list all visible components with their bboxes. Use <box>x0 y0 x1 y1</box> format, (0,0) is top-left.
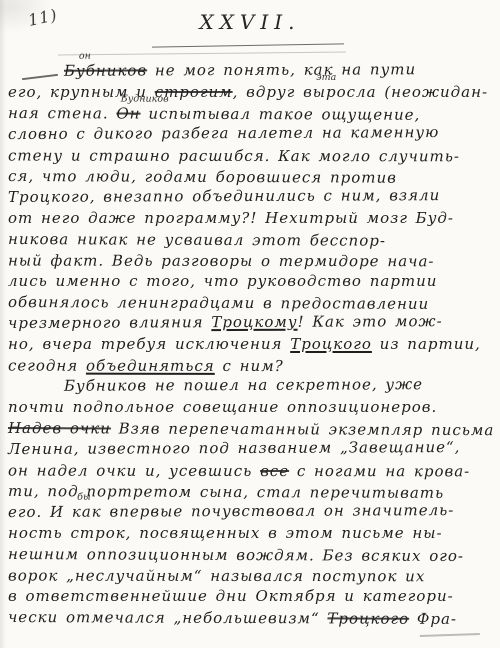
manuscript-line: Троцкого, внезапно объединились с ним, в… <box>8 185 496 208</box>
struck-text: все <box>260 462 289 480</box>
handwritten-text: обвинялось ленинградцами в предоставлени… <box>8 293 429 313</box>
handwritten-text: стену и страшно расшибся. Как могло случ… <box>8 147 460 166</box>
struck-text: ОнБудников <box>116 104 140 122</box>
manuscript-line: его, крупным и строгим, вдруг вырослаэта… <box>8 82 496 103</box>
handwritten-text: с ногами на крова- <box>289 462 470 480</box>
manuscript-line: никова никак не усваивал этот бесспор- <box>8 229 496 252</box>
manuscript-line: в ответственнейшие дни Октября и категор… <box>8 586 496 607</box>
scan-edge-shadow <box>0 0 6 648</box>
handwritten-text: словно с дикого разбега налетел на камен… <box>8 123 439 143</box>
handwritten-text: , вдруг <box>233 83 303 101</box>
manuscript-line: Ленина, известного под названием „Завеща… <box>8 437 496 460</box>
inserted-word: он <box>79 52 91 62</box>
manuscript-line: его. И какбы впервые почувствовал он зна… <box>8 500 496 523</box>
inserted-word: бы <box>77 493 91 503</box>
handwritten-text: вырослаэта <box>303 83 376 101</box>
inserted-word: эта <box>316 73 336 83</box>
handwritten-text: Бубников не пошел на секретное, уже <box>64 375 423 395</box>
manuscript-page: 11) XXVII. Бубниковон не мог понять, как… <box>0 0 500 648</box>
handwritten-text: не мог понять, как на пути <box>147 60 416 79</box>
handwritten-text: какбы <box>72 503 102 521</box>
manuscript-line: словно с дикого разбега налетел на камен… <box>8 122 496 145</box>
handwritten-text: чрезмерного влияния <box>8 313 211 332</box>
manuscript-line: чески отмечался „небольшевизм“ Троцкого … <box>8 607 496 630</box>
handwritten-text: от него даже программу?! Нехитрый мозг Б… <box>8 209 454 227</box>
handwritten-text: в ответственнейшие дни Октября и категор… <box>8 587 454 605</box>
manuscript-line: от него даже программу?! Нехитрый мозг Б… <box>8 208 496 229</box>
manuscript-lines: Бубниковон не мог понять, как на путиего… <box>8 61 496 628</box>
handwritten-text: из партии, <box>372 335 481 353</box>
manuscript-line: но, вчера требуя исключения Троцкого из … <box>8 334 496 355</box>
struck-text: Надев очки <box>8 419 111 437</box>
handwritten-text: ! Как это мож- <box>298 312 443 331</box>
manuscript-line: нешним оппозиционным вождям. Без всяких … <box>8 544 496 567</box>
handwritten-text: чески отмечался „небольшевизм“ <box>8 608 328 627</box>
handwritten-text: ворок „неслучайным“ назывался поступок и… <box>8 567 425 586</box>
handwritten-text: впервые почувствовал он значитель- <box>102 501 455 521</box>
manuscript-line: стену и страшно расшибся. Как могло случ… <box>8 146 496 168</box>
chapter-heading: XXVII. <box>0 10 500 34</box>
handwritten-text: Фра- <box>409 610 457 628</box>
manuscript-line: почти подпольное совещание оппозиционеро… <box>8 397 496 418</box>
manuscript-line: лись именно с того, что руководство парт… <box>8 271 496 292</box>
handwritten-text: он надел очки и, усевшись <box>8 462 260 480</box>
scan-stroke-artifact <box>420 633 480 645</box>
handwritten-text: ность строк, посвященных в этом письме н… <box>8 524 443 542</box>
handwritten-text: ная стена. <box>8 104 116 122</box>
manuscript-line: ворок „неслучайным“ назывался поступок и… <box>8 566 496 588</box>
handwritten-text: почти подпольное совещание оппозиционеро… <box>8 398 437 416</box>
handwritten-text: (неожидан- <box>377 83 489 101</box>
handwritten-text: но, вчера требуя исключения <box>8 335 290 353</box>
underlined-text: объединяться <box>86 357 215 375</box>
underlined-text: Троцкому <box>211 313 297 331</box>
handwritten-text: Троцкого, внезапно объединились с ним, в… <box>8 186 440 206</box>
manuscript-line: чрезмерного влияния Троцкому! Как это мо… <box>8 311 496 334</box>
handwritten-text: лись именно с того, что руководство парт… <box>8 272 437 290</box>
manuscript-line: он надел очки и, усевшись все с ногами н… <box>8 461 496 483</box>
underlined-text: Троцкого <box>290 335 372 353</box>
handwritten-text: ный факт. Ведь разговоры о термидоре нач… <box>8 252 435 271</box>
handwritten-text: испытывал такое ощущение, <box>141 105 421 124</box>
handwritten-text: сегодня <box>8 357 86 375</box>
heading-underline <box>152 43 344 47</box>
handwritten-text: ся, что люди, годами боровшиеся против <box>8 167 397 187</box>
manuscript-line: ность строк, посвященных в этом письме н… <box>8 523 496 544</box>
handwritten-text: с ним? <box>215 357 284 375</box>
struck-text: Троцкого <box>327 609 409 627</box>
handwritten-text: Ленина, известного под названием „Завеща… <box>8 438 460 458</box>
handwritten-text: ти, под портретом сына, стал перечитыват… <box>8 482 444 502</box>
handwritten-text: никова никак не усваивал этот бесспор- <box>8 230 386 250</box>
struck-text: Бубниковон <box>64 61 147 79</box>
manuscript-line: Бубников не пошел на секретное, уже <box>8 374 496 397</box>
heading-underline-faint <box>58 51 346 55</box>
handwritten-text: его. И <box>8 503 72 521</box>
handwritten-text: нешним оппозиционным вождям. Без всяких … <box>8 545 464 565</box>
manuscript-line: ный факт. Ведь разговоры о термидоре нач… <box>8 251 496 273</box>
inserted-word: Будников <box>121 94 169 104</box>
manuscript-line: Бубниковон не мог понять, как на пути <box>8 59 496 82</box>
